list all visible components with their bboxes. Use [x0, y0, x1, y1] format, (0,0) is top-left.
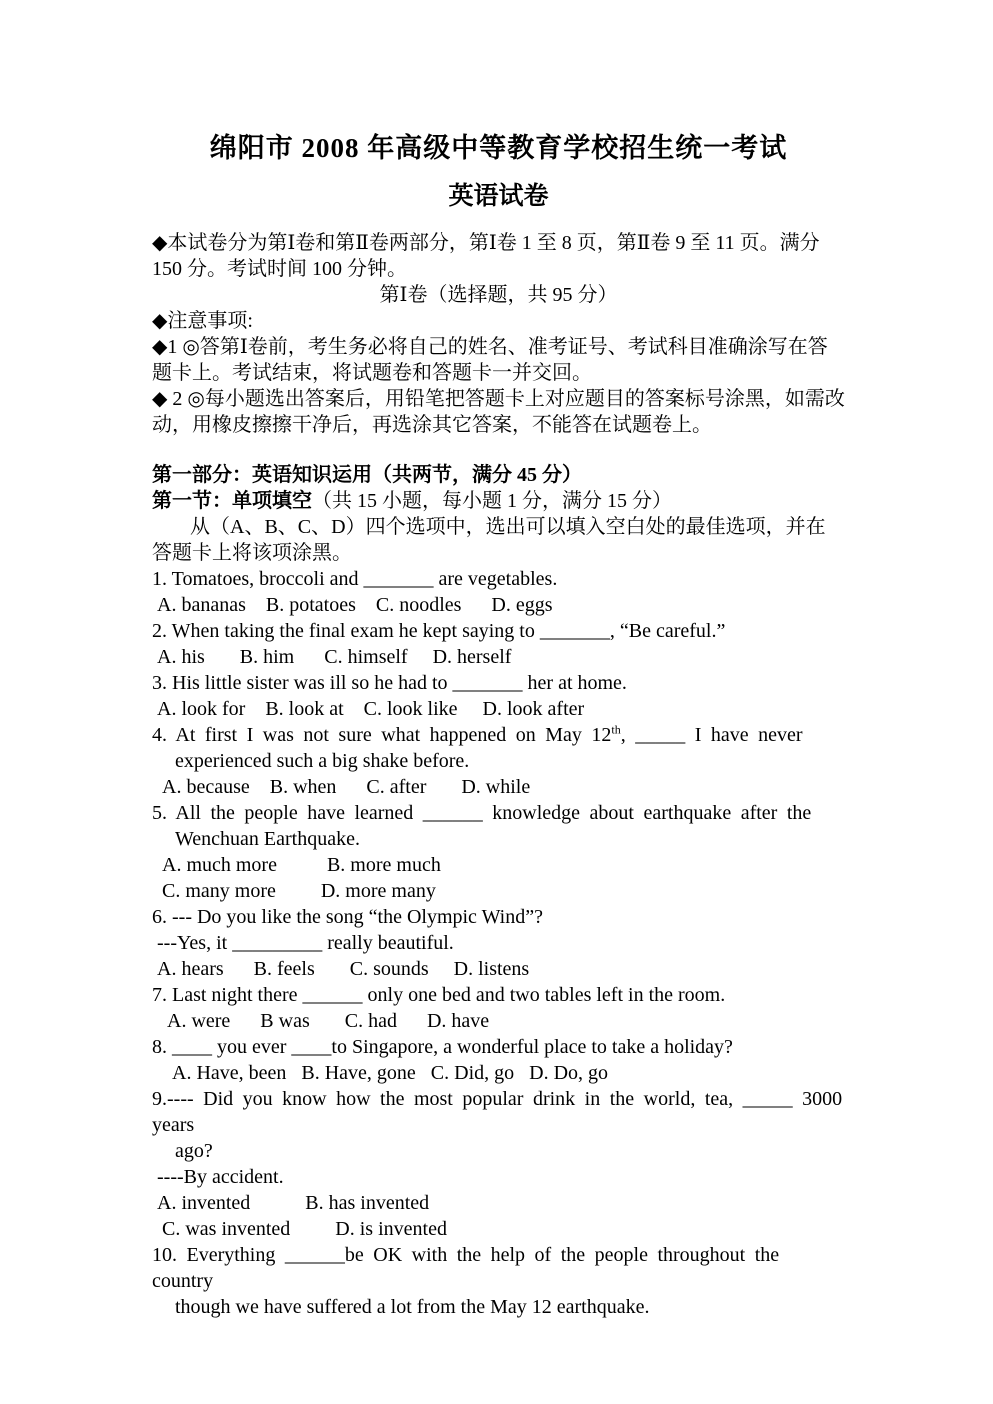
- question-4-options: A. because B. when C. after D. while: [152, 774, 845, 800]
- question-4-stem-seg-2: , _____ I have never: [621, 724, 803, 746]
- exam-paper-page: 绵阳市 2008 年高级中等教育学校招生统一考试 英语试卷 ◆本试卷分为第Ⅰ卷和…: [0, 0, 993, 1404]
- section1-heading-seg-1: （共 15 小题，每小题 1 分，满分 15 分）: [312, 490, 672, 512]
- question-10-stem: 10. Everything ______be OK with the help…: [152, 1242, 845, 1294]
- exam-title: 绵阳市 2008 年高级中等教育学校招生统一考试: [152, 130, 845, 166]
- section1-heading-seg-0: 第一节：单项填空: [152, 490, 312, 512]
- volume1-heading: 第Ⅰ卷（选择题，共 95 分）: [152, 282, 845, 308]
- notice-item-2-line-2: 动，用橡皮擦擦干净后，再选涂其它答案，不能答在试题卷上。: [152, 412, 845, 438]
- question-6-stem-line-2: ---Yes, it _________ really beautiful.: [152, 930, 845, 956]
- question-10-stem-line-2: though we have suffered a lot from the M…: [152, 1294, 845, 1320]
- question-7-stem: 7. Last night there ______ only one bed …: [152, 982, 845, 1008]
- question-1-options: A. bananas B. potatoes C. noodles D. egg…: [152, 592, 845, 618]
- question-9-options-ab: A. invented B. has invented: [152, 1190, 845, 1216]
- question-4-stem-line-2: experienced such a big shake before.: [152, 748, 845, 774]
- question-7-options: A. were B was C. had D. have: [152, 1008, 845, 1034]
- part1-heading: 第一部分：英语知识运用（共两节，满分 45 分）: [152, 462, 845, 488]
- question-5-stem-line-2: Wenchuan Earthquake.: [152, 826, 845, 852]
- question-6-options: A. hears B. feels C. sounds D. listens: [152, 956, 845, 982]
- section1-instruction-line-2: 答题卡上将该项涂黑。: [152, 540, 845, 566]
- question-4-stem-seg-1: th: [611, 722, 620, 736]
- notice-item-1-line-2: 题卡上。考试结束，将试题卷和答题卡一并交回。: [152, 360, 845, 386]
- question-4-stem: 4. At first I was not sure what happened…: [152, 722, 845, 748]
- section1-instruction-line-1: 从（A、B、C、D）四个选项中，选出可以填入空白处的最佳选项，并在: [152, 514, 845, 540]
- question-9-options-cd: C. was invented D. is invented: [152, 1216, 845, 1242]
- question-5-options-ab: A. much more B. more much: [152, 852, 845, 878]
- notice-heading: ◆注意事项:: [152, 308, 845, 334]
- question-9-reply: ----By accident.: [152, 1164, 845, 1190]
- exam-body: ◆本试卷分为第Ⅰ卷和第Ⅱ卷两部分，第Ⅰ卷 1 至 8 页，第Ⅱ卷 9 至 11 …: [152, 230, 845, 1320]
- question-3-stem: 3. His little sister was ill so he had t…: [152, 670, 845, 696]
- question-4-stem-seg-0: 4. At first I was not sure what happened…: [152, 724, 611, 746]
- question-2-options: A. his B. him C. himself D. herself: [152, 644, 845, 670]
- question-1-stem: 1. Tomatoes, broccoli and _______ are ve…: [152, 566, 845, 592]
- question-5-stem: 5. All the people have learned ______ kn…: [152, 800, 845, 826]
- question-9-stem-line-2: ago?: [152, 1138, 845, 1164]
- question-9-stem: 9.---- Did you know how the most popular…: [152, 1086, 845, 1138]
- notice-item-2-line-1: ◆ 2 ◎每小题选出答案后，用铅笔把答题卡上对应题目的答案标号涂黑，如需改: [152, 386, 845, 412]
- question-5-options-cd: C. many more D. more many: [152, 878, 845, 904]
- exam-intro-line-1: ◆本试卷分为第Ⅰ卷和第Ⅱ卷两部分，第Ⅰ卷 1 至 8 页，第Ⅱ卷 9 至 11 …: [152, 230, 845, 256]
- question-3-options: A. look for B. look at C. look like D. l…: [152, 696, 845, 722]
- exam-intro-line-2: 150 分。考试时间 100 分钟。: [152, 256, 845, 282]
- section1-heading: 第一节：单项填空（共 15 小题，每小题 1 分，满分 15 分）: [152, 488, 845, 514]
- notice-item-1-line-1: ◆1 ◎答第Ⅰ卷前，考生务必将自己的姓名、准考证号、考试科目准确涂写在答: [152, 334, 845, 360]
- exam-subtitle: 英语试卷: [152, 180, 845, 214]
- question-6-stem: 6. --- Do you like the song “the Olympic…: [152, 904, 845, 930]
- question-8-stem: 8. ____ you ever ____to Singapore, a won…: [152, 1034, 845, 1060]
- question-2-stem: 2. When taking the final exam he kept sa…: [152, 618, 845, 644]
- question-8-options: A. Have, been B. Have, gone C. Did, go D…: [152, 1060, 845, 1086]
